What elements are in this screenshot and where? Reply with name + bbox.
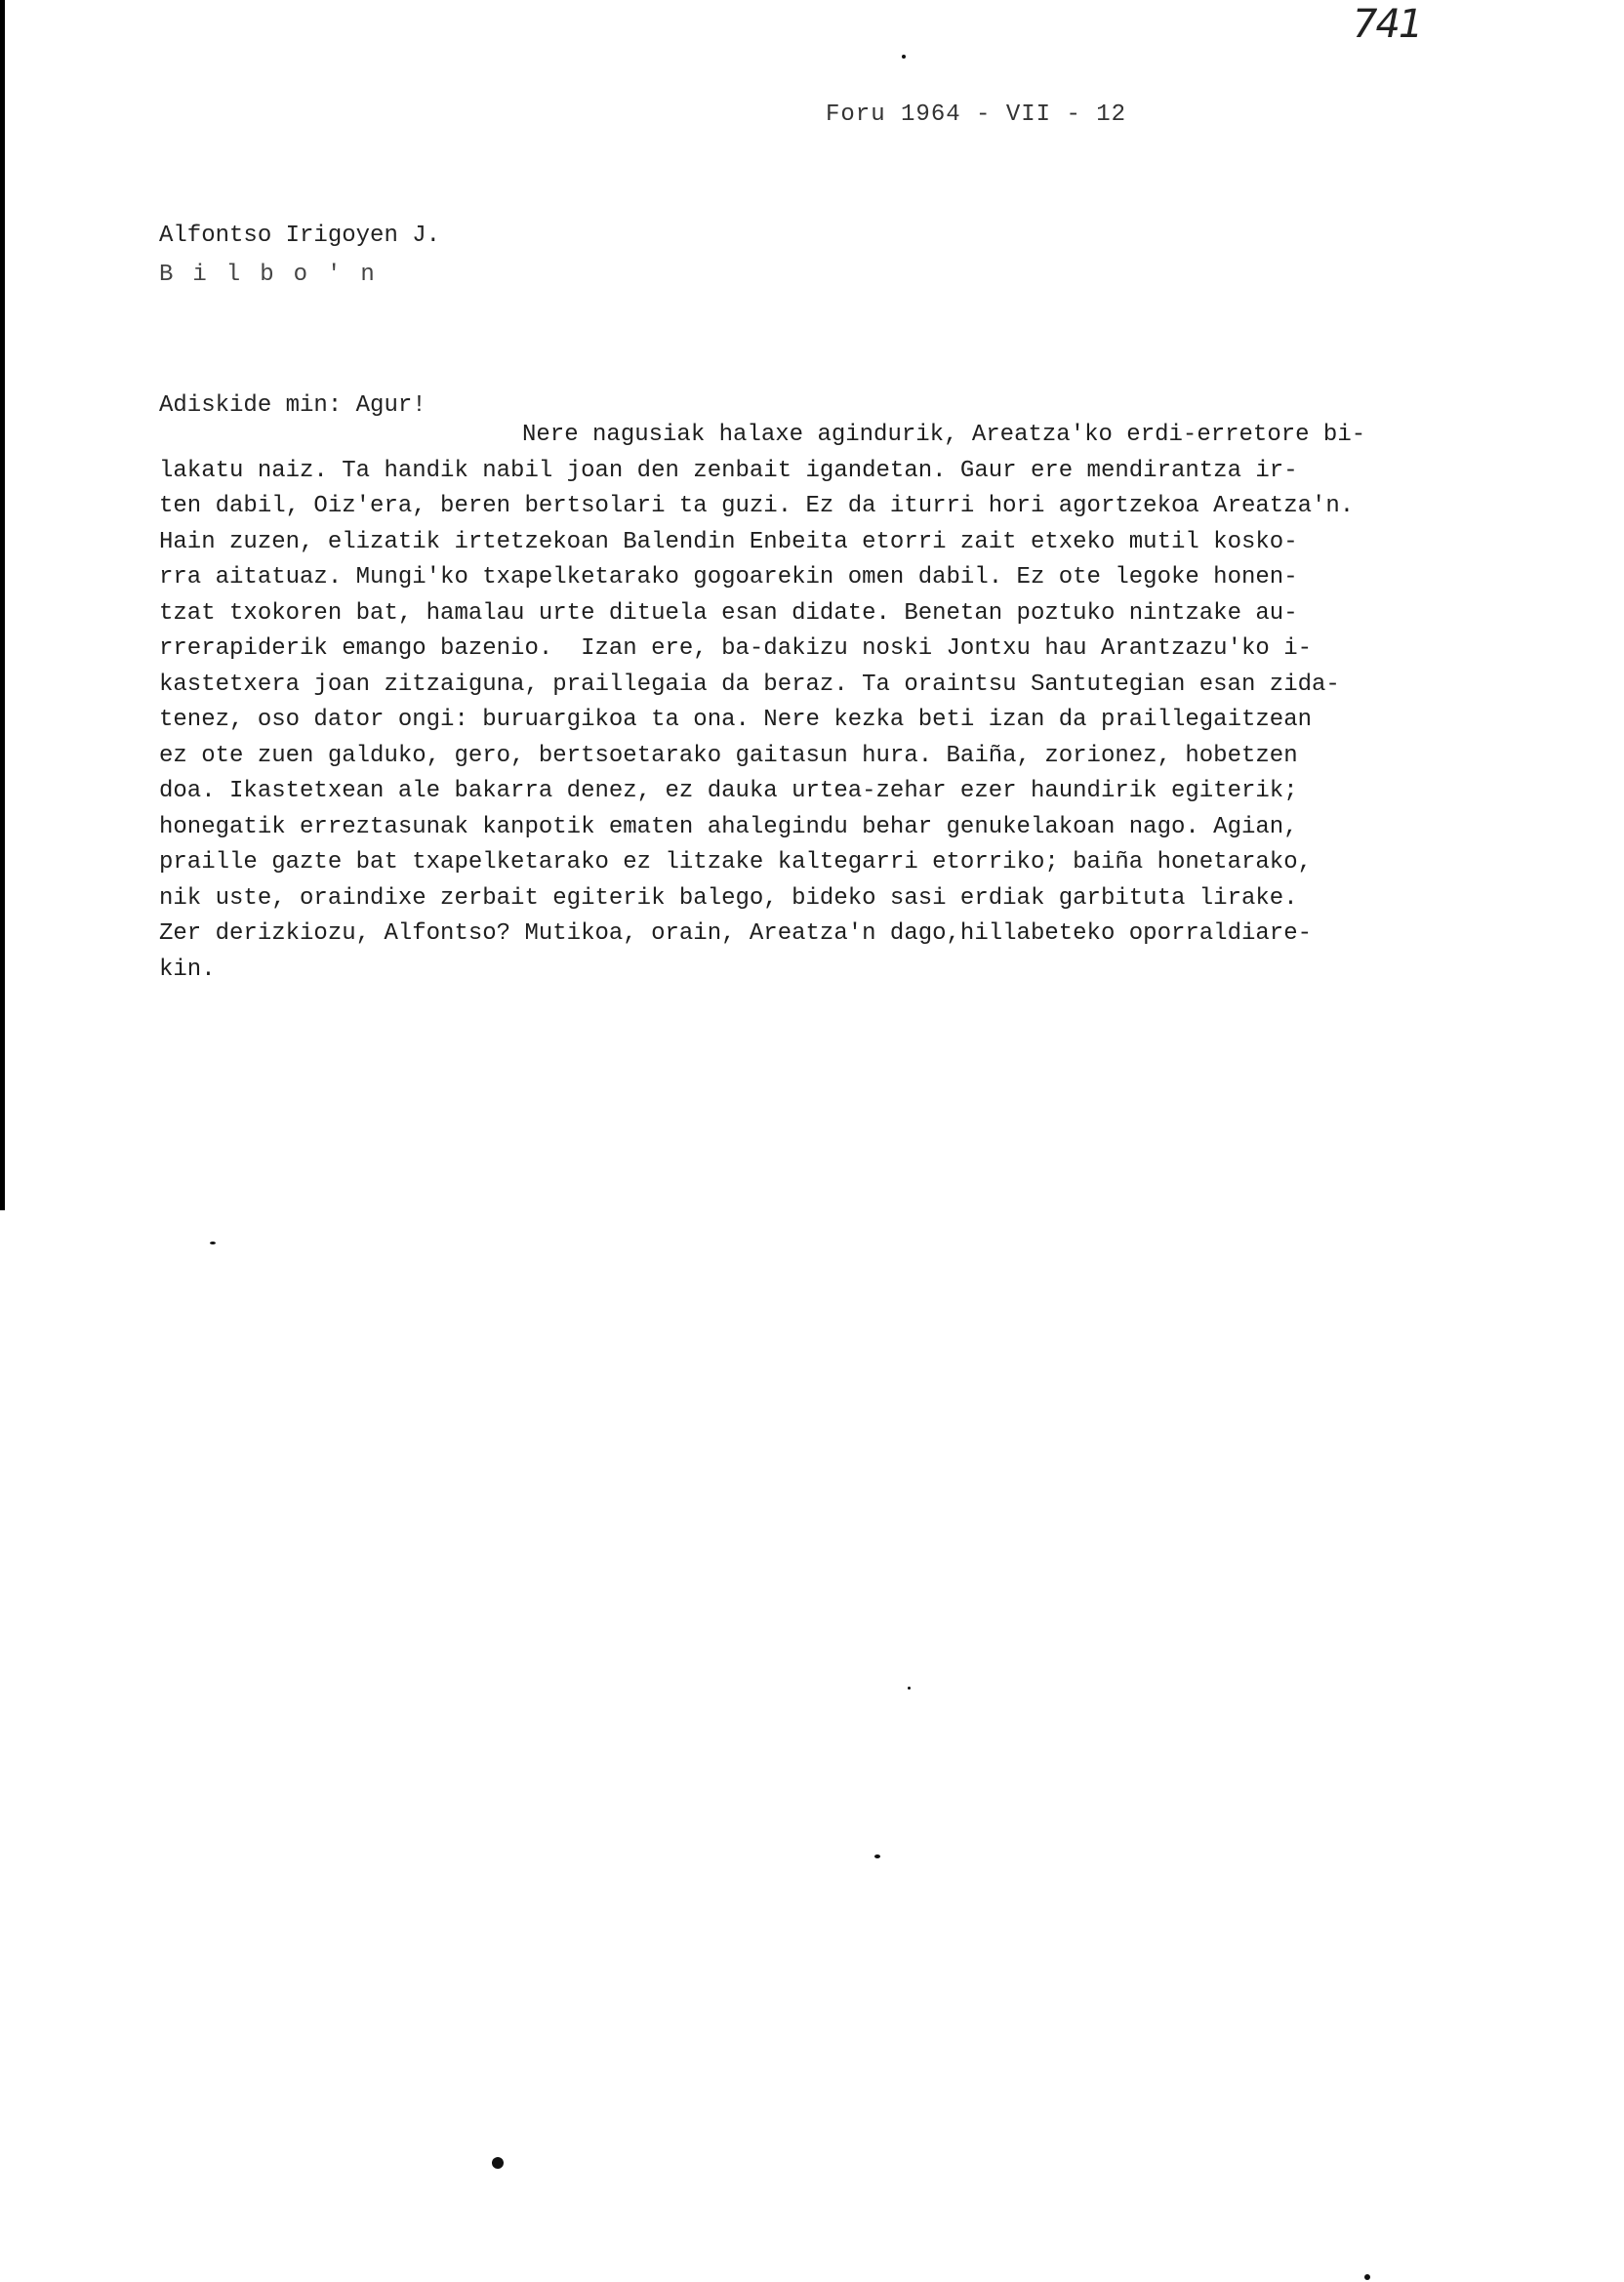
handwritten-page-number: 741 xyxy=(1353,2,1421,47)
recipient-name: Alfontso Irigoyen J. xyxy=(159,217,440,256)
letter-line: Hain zuzen, elizatik irtetzekoan Balendi… xyxy=(159,525,1545,561)
letter-line: ten dabil, Oiz'era, beren bertsolari ta … xyxy=(159,489,1545,525)
letter-line: kastetxera joan zitzaiguna, praillegaia … xyxy=(159,668,1545,704)
scan-speck xyxy=(492,2157,504,2169)
letter-line: Zer derizkiozu, Alfontso? Mutikoa, orain… xyxy=(159,917,1545,953)
letter-line: praille gazte bat txapelketarako ez litz… xyxy=(159,845,1545,881)
letter-line: nik uste, oraindixe zerbait egiterik bal… xyxy=(159,881,1545,917)
letter-line: lakatu naiz. Ta handik nabil joan den ze… xyxy=(159,454,1545,490)
scan-left-edge xyxy=(0,0,5,1210)
scan-speck xyxy=(874,1854,880,1858)
date-line: Foru 1964 - VII - 12 xyxy=(826,102,1126,128)
scan-speck xyxy=(902,55,906,59)
letter-body: Nere nagusiak halaxe agindurik, Areatza'… xyxy=(159,418,1545,988)
recipient-block: Alfontso Irigoyen J. Bilbo'n xyxy=(159,217,440,295)
scan-speck xyxy=(1364,2274,1370,2280)
letter-line: ez ote zuen galduko, gero, bertsoetarako… xyxy=(159,739,1545,775)
scan-speck xyxy=(908,1687,911,1690)
letter-line: honegatik erreztasunak kanpotik ematen a… xyxy=(159,810,1545,846)
recipient-city: Bilbo'n xyxy=(159,256,440,295)
letter-line: rra aitatuaz. Mungi'ko txapelketarako go… xyxy=(159,560,1545,596)
letter-line: doa. Ikastetxean ale bakarra denez, ez d… xyxy=(159,774,1545,810)
salutation: Adiskide min: Agur! xyxy=(159,392,426,419)
letter-line: tzat txokoren bat, hamalau urte dituela … xyxy=(159,596,1545,632)
letter-line: tenez, oso dator ongi: buruargikoa ta on… xyxy=(159,703,1545,739)
letter-line: Nere nagusiak halaxe agindurik, Areatza'… xyxy=(159,418,1545,454)
letter-line: rrerapiderik emango bazenio. Izan ere, b… xyxy=(159,632,1545,668)
scan-speck xyxy=(210,1242,216,1244)
letter-line: kin. xyxy=(159,953,1545,989)
